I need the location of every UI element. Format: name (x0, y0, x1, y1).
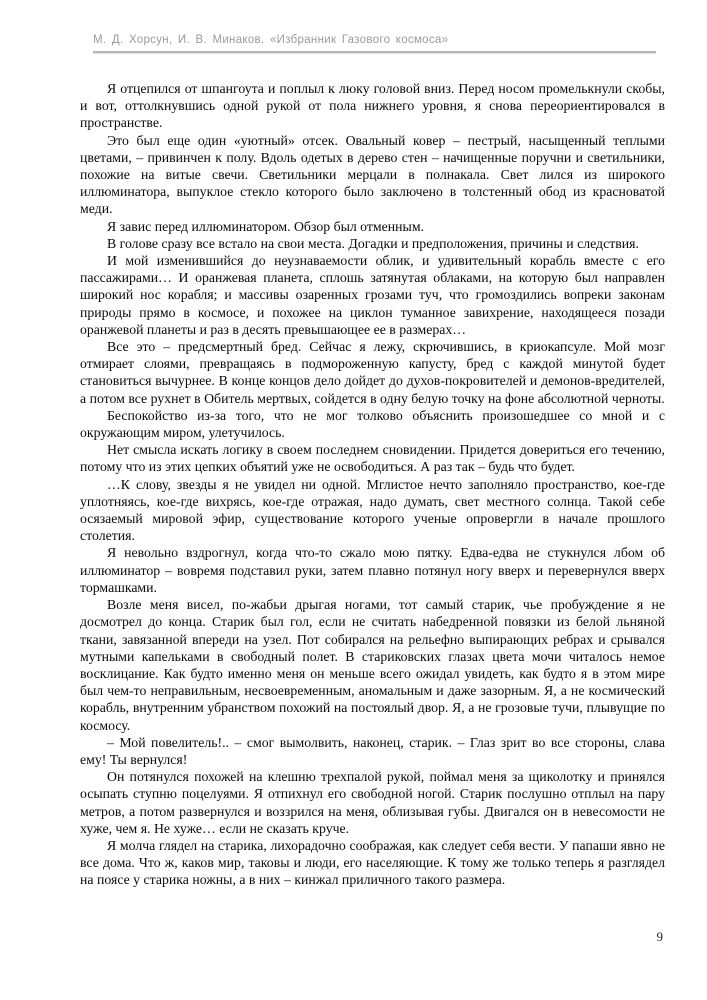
paragraph-6: Все это – предсмертный бред. Сейчас я ле… (80, 338, 665, 407)
paragraph-10: Я невольно вздрогнул, когда что-то сжало… (80, 544, 665, 596)
book-page: М. Д. Хорсун, И. В. Минаков. «Избранник … (0, 0, 707, 1000)
paragraph-4: В голове сразу все встало на свои места.… (80, 235, 665, 252)
paragraph-8: Нет смысла искать логику в своем последн… (80, 441, 665, 475)
paragraph-9: …К слову, звезды я не увидел ни одной. М… (80, 476, 665, 545)
page-text: Я отцепился от шпангоута и поплыл к люку… (80, 80, 665, 889)
header-divider (93, 51, 656, 54)
paragraph-3: Я завис перед иллюминатором. Обзор был о… (80, 218, 665, 235)
paragraph-7: Беспокойство из-за того, что не мог толк… (80, 407, 665, 441)
page-number: 9 (657, 929, 664, 945)
paragraph-12: – Мой повелитель!.. – смог вымолвить, на… (80, 734, 665, 768)
paragraph-1: Я отцепился от шпангоута и поплыл к люку… (80, 80, 665, 132)
running-header: М. Д. Хорсун, И. В. Минаков. «Избранник … (93, 33, 657, 47)
paragraph-5: И мой изменившийся до неузнаваемости обл… (80, 252, 665, 338)
paragraph-2: Это был еще один «уютный» отсек. Овальны… (80, 132, 665, 218)
paragraph-11: Возле меня висел, по-жабьи дрыгая ногами… (80, 596, 665, 734)
paragraph-13: Он потянулся похожей на клешню трехпалой… (80, 768, 665, 837)
paragraph-14: Я молча глядел на старика, лихорадочно с… (80, 837, 665, 889)
